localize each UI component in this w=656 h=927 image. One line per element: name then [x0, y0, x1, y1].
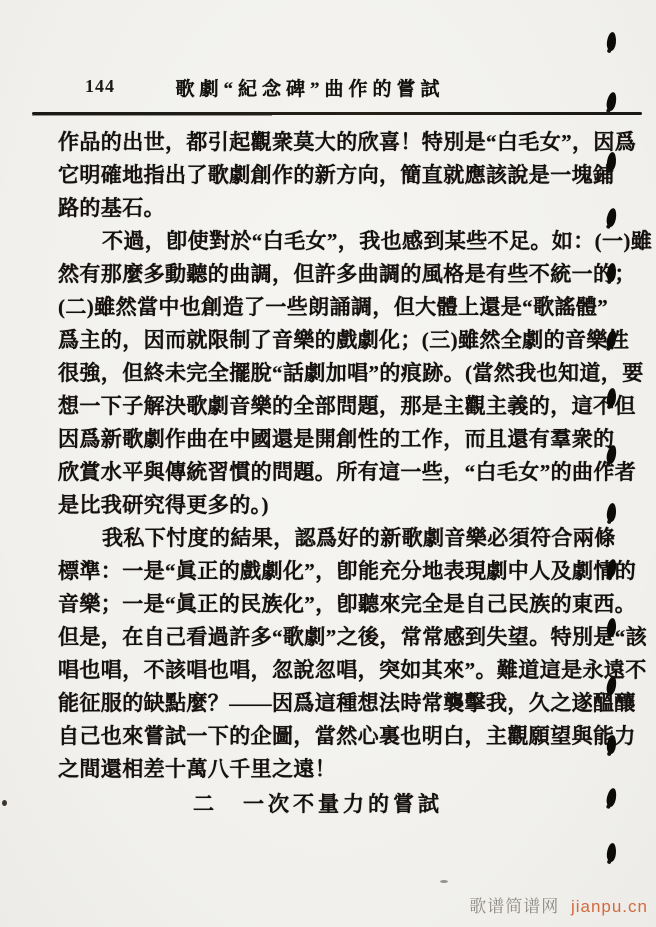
page-header: 144 歌劇“紀念碑”曲作的嘗試: [0, 72, 656, 104]
ink-mark: [606, 735, 617, 755]
text-line: 能征服的缺點麼？——因爲這種想法時常襲擊我，久之遂醞釀: [58, 687, 606, 720]
text-line: 它明確地指出了歌劇創作的新方向，簡直就應該說是一塊鋪: [58, 159, 606, 192]
header-divider-rule: [32, 112, 642, 115]
text-line: 但是，在自己看過許多“歌劇”之後，常常感到失望。特別是“該: [58, 621, 606, 654]
ink-mark: [606, 503, 617, 523]
text-line: 因爲新歌劇作曲在中國還是開創性的工作，而且還有羣衆的: [58, 423, 606, 456]
text-line: 很強，但終未完全擺脫“話劇加唱”的痕跡。(當然我也知道，要: [58, 357, 606, 390]
text-line: 路的基石。: [58, 192, 606, 225]
text-line: 自己也來嘗試一下的企圖，當然心裏也明白，主觀願望與能力: [58, 720, 606, 753]
text-line: 不過，卽使對於“白毛女”，我也感到某些不足。如：(一)雖: [58, 225, 606, 258]
watermark-site-name: 歌谱简谱网: [469, 897, 559, 916]
scan-speck: [2, 800, 7, 806]
text-line: 音樂；一是“眞正的民族化”，卽聽來完全是自己民族的東西。: [58, 588, 606, 621]
text-line: 然有那麼多動聽的曲調，但許多曲調的風格是有些不統一的；: [58, 258, 606, 291]
scanned-book-page: 144 歌劇“紀念碑”曲作的嘗試 作品的出世，都引起觀衆莫大的欣喜！特別是“白毛…: [0, 0, 656, 927]
text-line: 我私下忖度的結果，認爲好的新歌劇音樂必須符合兩條: [58, 522, 606, 555]
text-line: 之間還相差十萬八千里之遠！: [58, 753, 606, 786]
ink-mark: [606, 843, 617, 863]
text-line: 作品的出世，都引起觀衆莫大的欣喜！特別是“白毛女”，因爲: [58, 126, 606, 159]
running-title: 歌劇“紀念碑”曲作的嘗試: [0, 74, 638, 101]
text-line: 爲主的，因而就限制了音樂的戲劇化；(三)雖然全劇的音樂性: [58, 324, 606, 357]
text-line: 想一下子解決歌劇音樂的全部問題，那是主觀主義的，這不但: [58, 390, 606, 423]
ink-mark: [606, 32, 617, 52]
watermark: 歌谱简谱网 jianpu.cn: [469, 892, 648, 917]
text-line: 欣賞水平與傳統習慣的問題。所有這一些，“白毛女”的曲作者: [58, 456, 606, 489]
text-line: (二)雖然當中也創造了一些朗誦調，但大體上還是“歌謠體”: [58, 291, 606, 324]
text-line: 是比我研究得更多的。): [58, 489, 606, 522]
scan-speck: [440, 880, 448, 883]
text-line: 唱也唱，不該唱也唱，忽說忽唱，突如其來”。難道這是永遠不: [58, 654, 606, 687]
text-line: 標準：一是“眞正的戲劇化”，卽能充分地表現劇中人及劇情的: [58, 555, 606, 588]
watermark-site-url: jianpu.cn: [571, 897, 648, 916]
ink-mark: [606, 152, 617, 172]
body-text: 作品的出世，都引起觀衆莫大的欣喜！特別是“白毛女”，因爲它明確地指出了歌劇創作的…: [58, 126, 606, 786]
section-heading: 二 一次不量力的嘗試: [0, 788, 646, 818]
